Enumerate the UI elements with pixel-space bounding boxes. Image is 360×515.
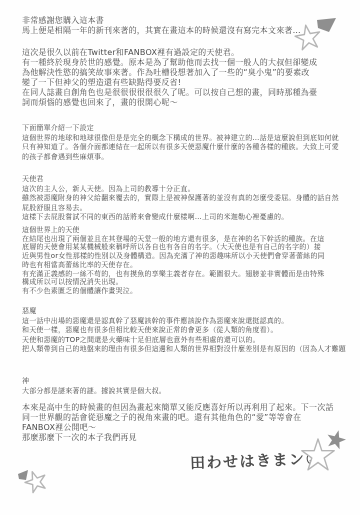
text-line: 為他解決性慾的搞笑故事來著。作為吐槽役想著加入了一些的“臭小鬼”的要素改 [22,68,346,78]
text-line: 這樣下去屁股嘗試不同的東西的話將來會變成什麼樣啊…上司的米迦勒心裡憂慮的。 [22,213,346,223]
text-line: 大部分都是謎來著的謎。據說其實是個大叔。 [22,387,346,397]
demon-body: 這一話中出場的惡魔還是認真幹了惡魔該幹的事件應該說作為惡魔來說還挺認真的。和天使… [22,317,346,355]
text-line: 雖然被惡魔附身的神父給翻來覆去的，實際上是被神保護著的並沒有真的怎麼受委屈。身體… [22,194,346,204]
text-line: 這個世界的地球和地球很像但是是完全的概念下構成的世界。被神建立的…話是這麼說但到… [22,134,346,144]
world-angels-title: 這個世界上的天使 [22,226,346,235]
world-angels-body: 在結尾也出現了兩個並且在其登場的天堂一般的地方還有很多，是在神的名下幹活的種族。… [22,235,346,296]
star-decoration-bottom-left-icon [16,466,52,496]
text-line: 的孩子都會遇到些麻煩事。 [22,153,346,163]
star-decoration-bottom-right-icon [298,428,350,476]
text-line: 只有神知道了。各個介面都連結在一起所以有很多天使惡魔什麼什麼的各種各樣的種族。大… [22,143,346,153]
opening-paragraph: 這次是很久以前在Twitter和FANBOX裡有過設定的天使君。有一種終於現身於… [22,48,346,108]
text-line: 底層的天使會用某某機械般來稱呼所以各自也有各自的名字。（大天使也是有自己的名字的… [22,243,346,252]
text-line: 這一話中出場的惡魔還是認真幹了惡魔該幹的事件應該說作為惡魔來說還挺認真的。 [22,317,346,327]
text-line: 有一種終於現身於世的感覺。原本是為了幫助他而去找一個一般人的大叔但卻變成 [22,58,346,68]
text-line: 近與男性or女性那樣的性別以及身體構造。因為充滿了神的惡趣味所以小天使們會穿著蕾… [22,252,346,261]
angel-section: 天使君 這次的主人公，新人天使。因為上司的教導十分正直。雖然被惡魔附身的神父給翻… [22,175,346,223]
text-line: 變了一下但神父的塑造還有些缺點得要反省! [22,78,346,88]
signature-text: 田わせはきまン [190,450,306,472]
demon-section: 惡魔 這一話中出場的惡魔還是認真幹了惡魔該幹的事件應該說作為惡魔來說還挺認真的。… [22,307,346,355]
world-angels-section: 這個世界上的天使 在結尾也出現了兩個並且在其登場的天堂一般的地方還有很多，是在神… [22,226,346,296]
text-line: 這次的主人公，新人天使。因為上司的教導十分正直。 [22,185,346,195]
text-line: 在結尾也出現了兩個並且在其登場的天堂一般的地方還有很多，是在神的名下幹活的種族。… [22,235,346,244]
setting-section: 下面簡單介紹一下設定 這個世界的地球和地球很像但是是完全的概念下構成的世界。被神… [22,124,346,162]
text-line: 屁股舒服且容易去。 [22,204,346,214]
text-line: 有不少色素匱乏的個體讓作畫哭泣。 [22,287,346,296]
demon-title: 惡魔 [22,307,346,317]
text-line: 同一世界觀的話會從惡魔之子的視角來畫的吧。還有其他角色的“愛”等等會在 [22,413,346,423]
angel-title: 天使君 [22,175,346,185]
text-line: 構成所以可以按情況消失出現。 [22,278,346,287]
star-decoration-top-right-icon [293,16,339,56]
afterword-page: 非常感謝您購入這本書馬上便是相隔一年的新刊來著的，其實在畫這本的時候還沒有寫完本… [0,0,360,515]
text-line: 把人類帶到自己的地盤來的理由有很多但這邊和人類的世界相對沒什麼差別是有原因的（因… [22,345,346,355]
god-section: 神 大部分都是謎來著的謎。據說其實是個大叔。 [22,377,346,396]
angel-body: 這次的主人公，新人天使。因為上司的教導十分正直。雖然被惡魔附身的神父給翻來覆去的… [22,185,346,223]
text-line: 時也有相當高蕾絲比率的天使存在。 [22,261,346,270]
text-line: 在同人誌畫自創角色也是很很很很很很久了呢。可以按自己想的畫，同時那種為臺 [22,88,346,98]
text-line: 本來是高中生的時候畫的但因為畫起來簡單又能反應喜好所以再利用了起來。下一次話 [22,403,346,413]
setting-title: 下面簡單介紹一下設定 [22,124,346,134]
setting-body: 這個世界的地球和地球很像但是是完全的概念下構成的世界。被神建立的…話是這麼說但到… [22,134,346,163]
god-title: 神 [22,377,346,387]
text-line: 天使和惡魔的TOP之間還是火藥味十足但底層也意外有些相處的還可以的。 [22,336,346,346]
text-line: 詞而煩惱的感覺也回來了，畫的很開心呢～ [22,98,346,108]
text-line: 和天使一樣，惡魔也有很多但相比較天使來說正常的會更多（從人類的角度看）。 [22,326,346,336]
god-body: 大部分都是謎來著的謎。據說其實是個大叔。 [22,387,346,397]
text-line: 有充滿正義感的一絲不苟的，也有摸魚的享樂主義者存在。範圍很大。翅膀並非實體而是由… [22,270,346,279]
